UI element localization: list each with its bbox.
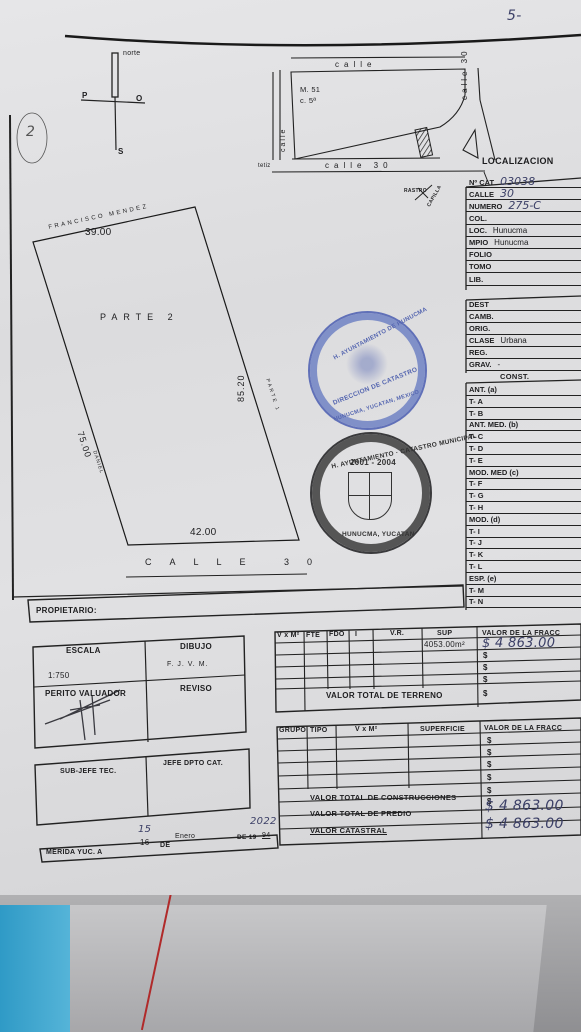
- side-row-value: Urbana: [500, 336, 526, 345]
- side-panel-row: CLASEUrbana: [466, 335, 581, 347]
- side-row-label: T- B: [469, 409, 483, 418]
- localizacion-title: LOCALIZACION: [482, 156, 554, 166]
- land-row3-value: $: [483, 663, 488, 672]
- table-header-cell: FTE: [306, 632, 320, 639]
- side-panel-row: T- D: [466, 443, 581, 455]
- land-row2-value: $: [483, 651, 488, 660]
- side-panel-row: T- J: [466, 537, 581, 549]
- underlying-sheet: [53, 905, 546, 1032]
- constr-row4-value: $: [487, 773, 492, 782]
- side-panel-row: Nº CAT03038: [466, 176, 581, 188]
- catastral-value: $ 4 863.00: [485, 816, 564, 832]
- table-header-cell: SUPERFICIE: [420, 726, 465, 733]
- side-row-value: 275-C: [508, 199, 541, 212]
- total-predio-value: $ 4 863.00: [485, 798, 564, 814]
- side-row-label: Nº CAT: [469, 178, 494, 187]
- table-header-cell: GRUPO: [279, 727, 306, 734]
- side-row-label: T- C: [469, 432, 483, 441]
- land-fraction-value: $ 4 863.00: [482, 636, 555, 651]
- side-panel-row: MPIOHunucma: [466, 237, 581, 249]
- south-label: S: [118, 147, 124, 156]
- side-panel-row: CAMB.: [466, 311, 581, 323]
- land-total-label: VALOR TOTAL DE TERRENO: [326, 691, 443, 700]
- side-row-value: 03038: [500, 175, 535, 188]
- side-panel-row: LIB.: [466, 274, 581, 286]
- land-sup-value: 4053.00m²: [424, 640, 465, 649]
- side-row-label: GRAV.: [469, 360, 492, 369]
- side-row-label: CLASE: [469, 336, 494, 345]
- side-panel-row: T- L: [466, 561, 581, 573]
- table-header-cell: V x M²: [277, 632, 299, 639]
- date-de: DE: [160, 842, 170, 849]
- land-row4-value: $: [483, 675, 488, 684]
- side-row-value: Hunucma: [493, 226, 527, 235]
- west-label: P: [82, 91, 88, 100]
- side-row-label: CAMB.: [469, 312, 494, 321]
- side-row-label: T- F: [469, 479, 482, 488]
- side-row-label: T- I: [469, 527, 480, 536]
- loc-bottom-street: calle 30: [325, 161, 393, 170]
- east-side-length: 85.20: [236, 374, 246, 402]
- total-predio-label: VALOR TOTAL DE PREDIO: [310, 809, 412, 818]
- table-header-cell: I: [355, 631, 357, 638]
- table-header-cell: VALOR DE LA FRACC: [484, 725, 562, 732]
- side-panel-row: FOLIO: [466, 249, 581, 261]
- loc-rastro: RASTRO: [404, 188, 427, 194]
- side-panel-row: T- B: [466, 408, 581, 420]
- date-year-corrected: 2022: [250, 816, 277, 827]
- side-panel-row: T- C: [466, 431, 581, 443]
- initials-mark: 2: [26, 124, 35, 140]
- plot-label: PARTE 2: [100, 312, 179, 322]
- constr-row5-value: $: [487, 786, 492, 795]
- jefe-label: JEFE DPTO CAT.: [163, 760, 223, 767]
- side-row-value: Hunucma: [494, 238, 528, 247]
- catastral-label: VALOR CATASTRAL: [310, 826, 387, 835]
- north-side-length: 39.00: [85, 227, 112, 238]
- side-panel-row: GRAV.-: [466, 359, 581, 371]
- constr-row1-value: $: [487, 736, 492, 745]
- side-row-label: T- L: [469, 562, 482, 571]
- dibujo-value: F. J. V. M.: [167, 661, 208, 668]
- side-panel-row: NUMERO275-C: [466, 200, 581, 212]
- page-number: 5-: [507, 8, 522, 24]
- table-header-cell: FDO: [329, 631, 345, 638]
- date-year-prefix: DE 19: [237, 834, 257, 841]
- escala-label: ESCALA: [66, 646, 101, 655]
- side-panel-row: T- M: [466, 585, 581, 597]
- table-header-cell: SUP: [437, 630, 452, 637]
- loc-section: c. 5ª: [300, 96, 316, 105]
- side-panel-row: T- I: [466, 526, 581, 538]
- cadastral-plan-document: 5- 2 norte P O S calle calle 30 calle ca…: [0, 0, 581, 895]
- side-row-label: NUMERO: [469, 202, 502, 211]
- side-row-label: T- N: [469, 597, 483, 606]
- side-row-label: LIB.: [469, 275, 483, 284]
- total-constr-label: VALOR TOTAL DE CONSTRUCCIONES: [310, 793, 456, 802]
- table-header-cell: V.R.: [390, 630, 404, 637]
- side-panel-row: DEST: [466, 299, 581, 311]
- loc-tetiz: tetiz: [258, 163, 271, 169]
- plot-street: CALLE 30: [145, 557, 330, 567]
- north-label: norte: [123, 50, 140, 57]
- side-row-label: MOD. MED (c): [469, 468, 519, 477]
- side-panel-row: T- E: [466, 455, 581, 467]
- side-row-label: T- M: [469, 586, 484, 595]
- side-row-label: MOD. (d): [469, 515, 500, 524]
- perito-label: PERITO VALUADOR: [45, 689, 126, 698]
- side-row-label: T- J: [469, 538, 482, 547]
- loc-top-street: calle: [335, 60, 376, 69]
- escala-value: 1:750: [48, 671, 70, 680]
- land-total-value: $: [483, 689, 488, 698]
- constr-row3-value: $: [487, 760, 492, 769]
- side-panel-row: ESP. (e): [466, 573, 581, 585]
- side-panel-row: MOD. (d): [466, 514, 581, 526]
- reviso-label: REVISO: [180, 684, 212, 693]
- loc-left-street: calle: [280, 128, 287, 152]
- eagle-emblem-icon: [346, 343, 388, 385]
- side-panel-row: T- K: [466, 549, 581, 561]
- black-stamp-years: 2001 - 2004: [350, 458, 396, 467]
- date-day-corrected: 15: [138, 824, 151, 835]
- date-year: 94: [262, 832, 270, 839]
- side-panel-row: T- H: [466, 502, 581, 514]
- side-row-label: TOMO: [469, 262, 491, 271]
- side-row-label: REG.: [469, 348, 487, 357]
- municipal-catastro-stamp: H. AYUNTAMIENTO · CATASTRO MUNICIPAL 200…: [310, 432, 432, 554]
- side-panel-row: T- A: [466, 396, 581, 408]
- coat-of-arms-icon: [348, 472, 392, 520]
- dibujo-label: DIBUJO: [180, 642, 212, 651]
- side-row-label: T- K: [469, 550, 483, 559]
- side-row-label: T- G: [469, 491, 484, 500]
- date-prefix: MERIDA YUC. A: [46, 849, 103, 856]
- sub-jefe-label: SUB-JEFE TEC.: [60, 768, 116, 775]
- side-panel-row: ANT. (a): [466, 384, 581, 396]
- side-row-label: COL.: [469, 214, 487, 223]
- side-panel-row: MOD. MED (c): [466, 467, 581, 479]
- side-row-label: ANT. MED. (b): [469, 420, 518, 429]
- side-panel-row: ORIG.: [466, 323, 581, 335]
- side-row-label: ORIG.: [469, 324, 490, 333]
- date-month: Enero: [175, 833, 195, 840]
- side-panel-row: T- F: [466, 478, 581, 490]
- side-row-label: ESP. (e): [469, 574, 496, 583]
- side-panel-row: T- G: [466, 490, 581, 502]
- owner-label: PROPIETARIO:: [36, 606, 97, 615]
- side-panel-row: T- N: [466, 596, 581, 608]
- south-side-length: 42.00: [190, 527, 217, 538]
- table-header-cell: V x M²: [355, 726, 377, 733]
- side-row-label: MPIO: [469, 238, 488, 247]
- side-row-label: T- A: [469, 397, 483, 406]
- side-row-label: FOLIO: [469, 250, 492, 259]
- side-row-label: DEST: [469, 300, 489, 309]
- side-row-label: T- D: [469, 444, 483, 453]
- side-panel-row: ANT. MED. (b): [466, 419, 581, 431]
- side-row-value: 30: [500, 187, 514, 200]
- side-row-value: -: [498, 360, 501, 369]
- east-label: O: [136, 94, 143, 103]
- constr-row2-value: $: [487, 748, 492, 757]
- side-row-label: LOC.: [469, 226, 487, 235]
- side-panel-row: CALLE30: [466, 188, 581, 200]
- side-panel-row: REG.: [466, 347, 581, 359]
- side-panel-row: COL.: [466, 213, 581, 225]
- side-row-label: T- E: [469, 456, 483, 465]
- table-header-cell: TIPO: [310, 727, 328, 734]
- blue-catastro-stamp: H. AYUNTAMIENTO DE HUNUCMA DIRECCION DE …: [308, 311, 427, 430]
- black-stamp-bottom-text: HUNUCMA, YUCATAN: [342, 531, 415, 538]
- side-row-label: CALLE: [469, 190, 494, 199]
- loc-block: M. 51: [300, 85, 320, 94]
- loc-right-street: calle 30: [460, 48, 469, 100]
- side-row-label: T- H: [469, 503, 483, 512]
- side-panel-row: TOMO: [466, 261, 581, 273]
- side-row-label: ANT. (a): [469, 385, 497, 394]
- const-title: CONST.: [500, 372, 529, 381]
- blue-folder: [0, 905, 70, 1032]
- date-day: 16: [140, 838, 150, 847]
- side-panel-row: LOC.Hunucma: [466, 225, 581, 237]
